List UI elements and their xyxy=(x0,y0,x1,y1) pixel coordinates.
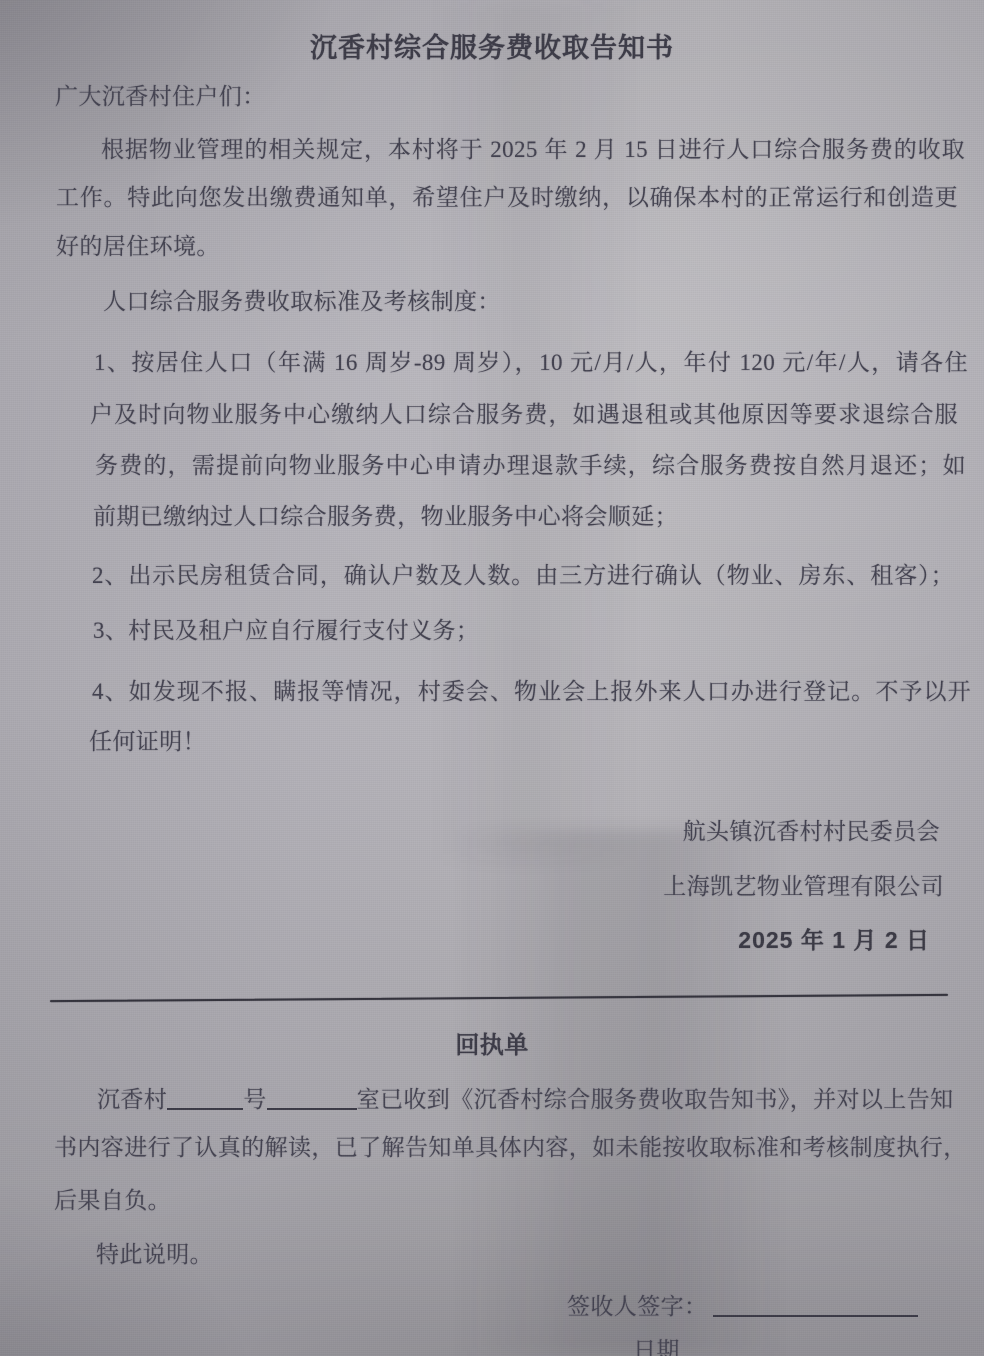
item-1-line-4: 前期已缴纳过人口综合服务费，物业服务中心将会顺延； xyxy=(93,503,678,531)
item-2: 2、出示民房租赁合同，确认户数及人数。由三方进行确认（物业、房东、租客）； xyxy=(92,562,954,590)
receipt-hao-label: 号 xyxy=(243,1087,266,1112)
item-1-line-3: 务费的，需提前向物业服务中心申请办理退款手续，综合服务费按自然月退还；如 xyxy=(95,452,966,480)
standards-heading: 人口综合服务费收取标准及考核制度： xyxy=(103,288,501,316)
signer-signature-blank-field xyxy=(713,1291,918,1317)
signer-signature-row: 签收人签字： xyxy=(567,1291,918,1321)
intro-line-2: 工作。特此向您发出缴费通知单，希望住户及时缴纳，以确保本村的正常运行和创造更 xyxy=(56,184,958,212)
receipt-note: 特此说明。 xyxy=(96,1241,213,1269)
item-1-line-1: 1、按居住人口（年满 16 周岁-89 周岁），10 元/月/人，年付 120 … xyxy=(94,349,968,377)
receipt-line-1-rest: 室已收到《沉香村综合服务费收取告知书》，并对以上告知 xyxy=(357,1087,954,1112)
document-title: 沉香村综合服务费收取告知书 xyxy=(0,32,984,64)
signature-date: 2025 年 1 月 2 日 xyxy=(738,927,930,955)
item-4-line-1: 4、如发现不报、瞒报等情况，村委会、物业会上报外来人口办进行登记。不予以开 xyxy=(92,678,971,706)
room-number-blank-field xyxy=(267,1084,357,1110)
receipt-heading: 回执单 xyxy=(0,1032,984,1061)
salutation: 广大沉香村住户们： xyxy=(55,83,266,111)
signature-company: 上海凯艺物业管理有限公司 xyxy=(663,873,944,901)
signer-signature-label: 签收人签字： xyxy=(567,1294,707,1319)
item-3: 3、村民及租户应自行履行支付义务； xyxy=(93,617,479,645)
receipt-date-label-cutoff: 日期 xyxy=(633,1337,680,1356)
house-number-blank-field xyxy=(167,1084,243,1110)
receipt-line-1: 沉香村号室已收到《沉香村综合服务费收取告知书》，并对以上告知 xyxy=(97,1084,954,1114)
receipt-village-label: 沉香村 xyxy=(97,1087,167,1112)
signature-committee: 航头镇沉香村村民委员会 xyxy=(683,818,940,846)
item-1-line-2: 户及时向物业服务中心缴纳人口综合服务费，如遇退租或其他原因等要求退综合服 xyxy=(90,401,958,429)
notice-document-photo: 沉香村综合服务费收取告知书 广大沉香村住户们： 根据物业管理的相关规定，本村将于… xyxy=(0,0,984,1356)
section-separator-line xyxy=(50,994,948,1002)
intro-line-1: 根据物业管理的相关规定，本村将于 2025 年 2 月 15 日进行人口综合服务… xyxy=(101,136,965,164)
paper-shadow-band-upper xyxy=(430,0,640,860)
receipt-line-2: 书内容进行了认真的解读，已了解告知单具体内容，如未能按收取标准和考核制度执行， xyxy=(54,1134,944,1162)
receipt-line-3: 后果自负。 xyxy=(54,1187,171,1215)
intro-line-3: 好的居住环境。 xyxy=(56,233,220,261)
item-4-line-2: 任何证明！ xyxy=(89,728,206,756)
